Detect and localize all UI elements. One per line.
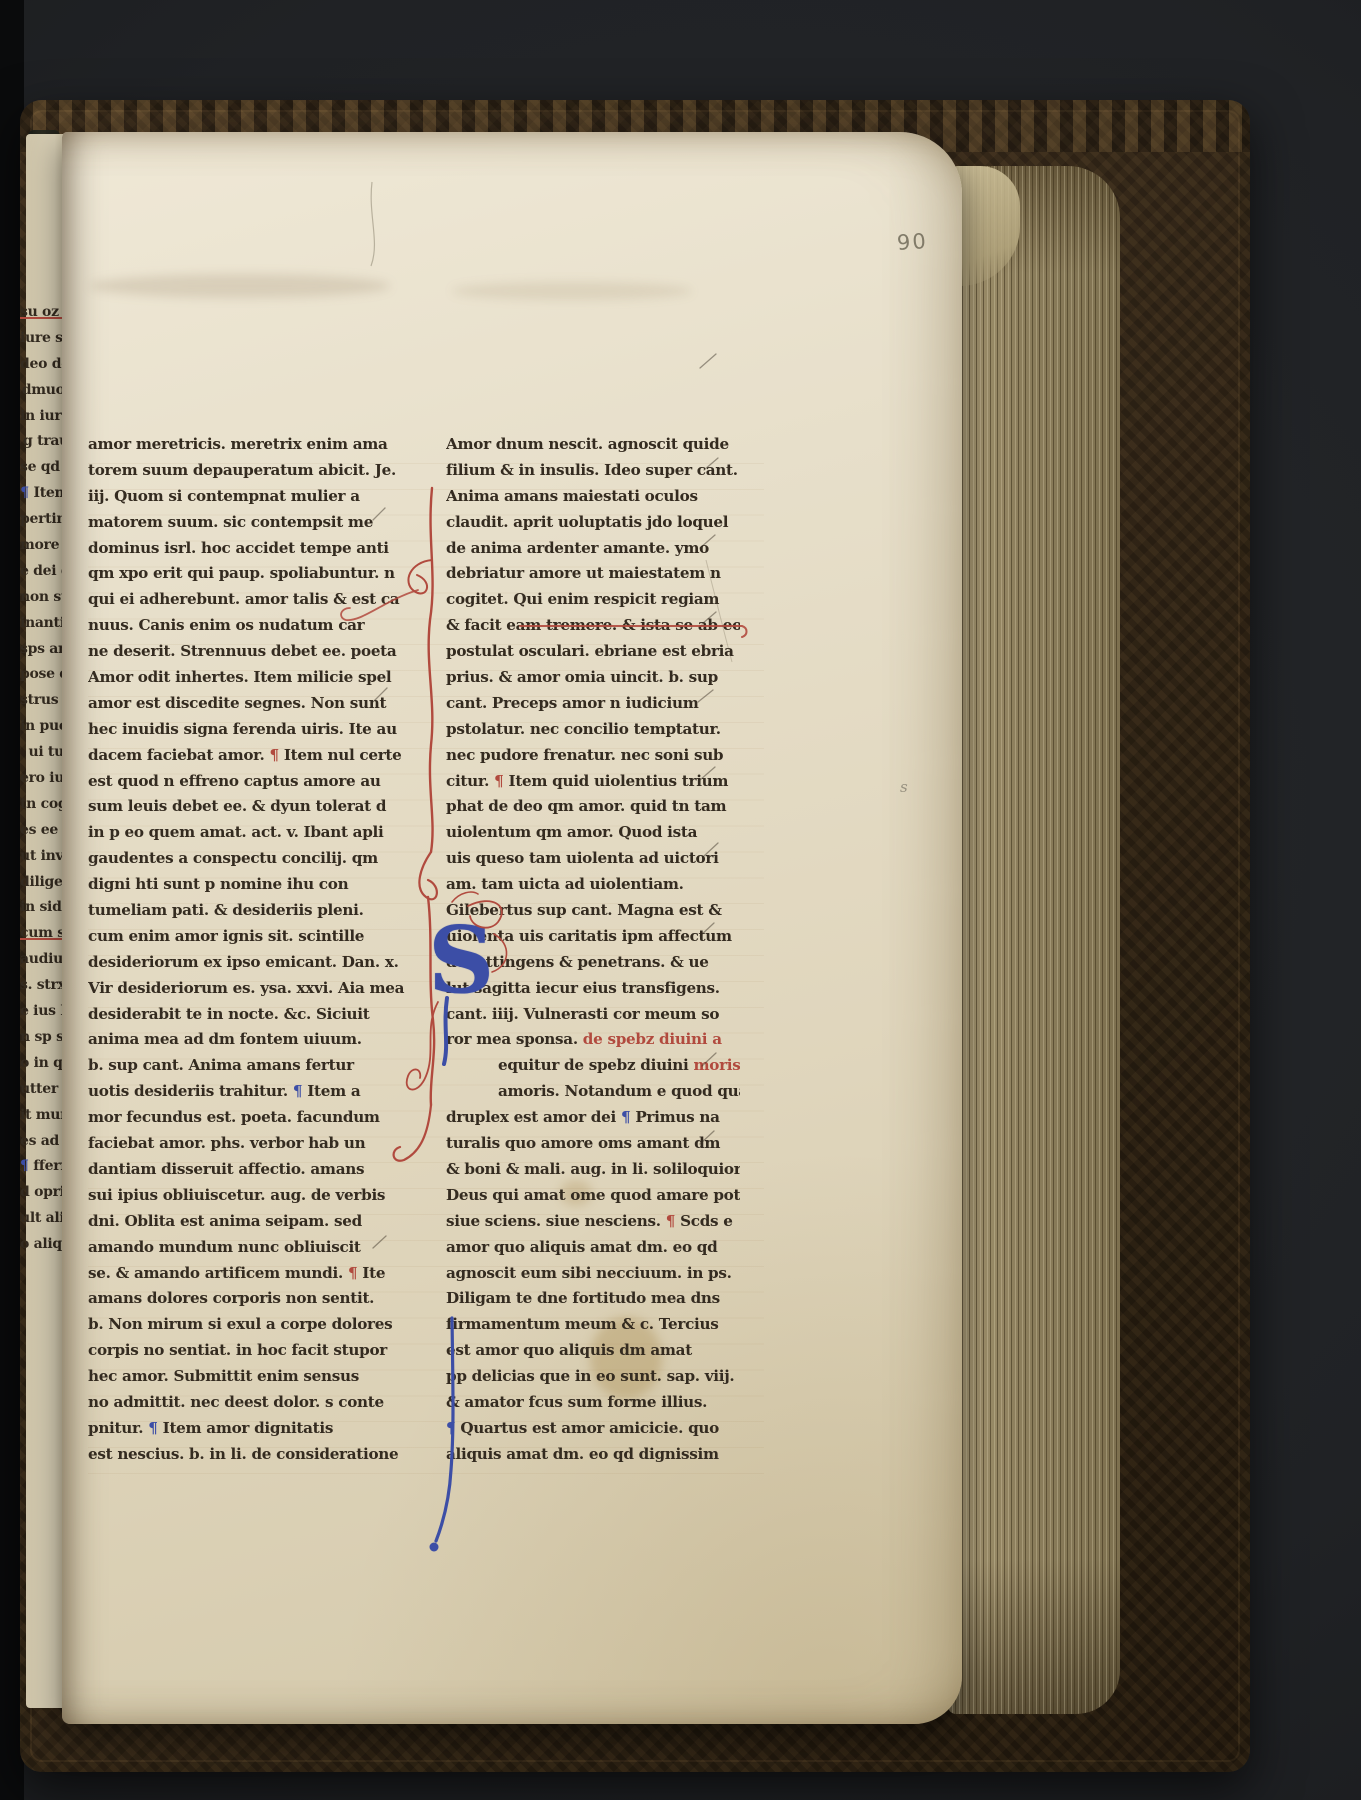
manuscript-text-line: & boni & mali. aug. in li. soliloquior. xyxy=(446,1157,740,1183)
manuscript-text-line: ror mea sponsa. de spebz diuini a xyxy=(446,1027,740,1053)
manuscript-text-line: se. & amando artificem mundi. ¶ Ite xyxy=(88,1261,410,1287)
manuscript-text-line: qui ei adherebunt. amor talis & est ca xyxy=(88,587,410,613)
manuscript-text-line: druplex est amor dei ¶ Primus na xyxy=(446,1105,740,1131)
manuscript-text-line: agnoscit eum sibi necciuum. in ps. xyxy=(446,1261,740,1287)
manuscript-text-line: desiderabit te in nocte. &c. Siciuit xyxy=(88,1002,410,1028)
manuscript-text-line: tumeliam pati. & desideriis pleni. xyxy=(88,898,410,924)
page-stack-striations xyxy=(948,166,1120,1714)
manuscript-text-line: Deus qui amat ome quod amare pot xyxy=(446,1183,740,1209)
fore-edge-page-stack xyxy=(948,166,1120,1714)
show-through-smudge xyxy=(452,282,692,300)
manuscript-text-line: sui ipius obliuiscetur. aug. de verbis xyxy=(88,1183,410,1209)
manuscript-text-line: cum enim amor ignis sit. scintille xyxy=(88,924,410,950)
manuscript-text-line: uis queso tam uiolenta ad uictori xyxy=(446,846,740,872)
manuscript-text-line: corpis no sentiat. in hoc facit stupor xyxy=(88,1338,410,1364)
manuscript-text-line: citur. ¶ Item quid uiolentius trium xyxy=(446,769,740,795)
manuscript-text-line: amoris. Notandum e quod qua xyxy=(446,1079,740,1105)
manuscript-text-line: amor quo aliquis amat dm. eo qd xyxy=(446,1235,740,1261)
manuscript-text-line: am. tam uicta ad uiolentiam. xyxy=(446,872,740,898)
manuscript-text-line: amando mundum nunc obliuiscit xyxy=(88,1235,410,1261)
margin-pencil-mark: s xyxy=(900,778,908,796)
manuscript-text-line: turalis quo amore oms amant dm xyxy=(446,1131,740,1157)
manuscript-text-line: qm xpo erit qui paup. spoliabuntur. n xyxy=(88,561,410,587)
text-column-left: amor meretricis. meretrix enim amatorem … xyxy=(88,432,410,1468)
manuscript-text-line: debriatur amore ut maiestatem n xyxy=(446,561,740,587)
manuscript-text-line: b. Non mirum si exul a corpe dolores xyxy=(88,1312,410,1338)
manuscript-text-line: est nescius. b. in li. de consideratione xyxy=(88,1442,410,1468)
show-through-smudge xyxy=(90,274,390,298)
manuscript-text-line: uotis desideriis trahitur. ¶ Item a xyxy=(88,1079,410,1105)
manuscript-text-line: hec inuidis signa ferenda uiris. Ite au xyxy=(88,717,410,743)
manuscript-text-line: dantiam disseruit affectio. amans xyxy=(88,1157,410,1183)
manuscript-text-line: dominus isrl. hoc accidet tempe anti xyxy=(88,536,410,562)
manuscript-text-line: mor fecundus est. poeta. facundum xyxy=(88,1105,410,1131)
manuscript-text-line: claudit. aprit uoluptatis jdo loquel xyxy=(446,510,740,536)
manuscript-text-line: Vir desideriorum es. ysa. xxvi. Aia mea xyxy=(88,976,410,1002)
manuscript-text-line: sum leuis debet ee. & dyun tolerat d xyxy=(88,794,410,820)
manuscript-text-line: b. sup cant. Anima amans fertur xyxy=(88,1053,410,1079)
manuscript-text-line: no admittit. nec deest dolor. s conte xyxy=(88,1390,410,1416)
manuscript-text-line: de anima ardenter amante. ymo xyxy=(446,536,740,562)
manuscript-text-line: dacem faciebat amor. ¶ Item nul certe xyxy=(88,743,410,769)
manuscript-text-line: cant. Preceps amor n iudicium xyxy=(446,691,740,717)
folio-number: 90 xyxy=(896,229,928,255)
manuscript-text-line: ne deserit. Strennuus debet ee. poeta xyxy=(88,639,410,665)
manuscript-text-line: prius. & amor omia uincit. b. sup xyxy=(446,665,740,691)
manuscript-text-line: & amator fcus sum forme illius. xyxy=(446,1390,740,1416)
manuscript-text-line: ¶ Quartus est amor amicicie. quo xyxy=(446,1416,740,1442)
manuscript-text-line: in p eo quem amat. act. v. Ibant apli xyxy=(88,820,410,846)
manuscript-text-line: amor est discedite segnes. Non sunt xyxy=(88,691,410,717)
manuscript-page: amor meretricis. meretrix enim amatorem … xyxy=(62,132,962,1724)
manuscript-text-line: pp delicias que in eo sunt. sap. viij. xyxy=(446,1364,740,1390)
manuscript-text-line: hec amor. Submittit enim sensus xyxy=(88,1364,410,1390)
manuscript-text-line: aliquis amat dm. eo qd dignissim xyxy=(446,1442,740,1468)
manuscript-text-line: postulat osculari. ebriane est ebria xyxy=(446,639,740,665)
manuscript-text-line: & facit eam tremere. & ista se ab eo xyxy=(446,613,740,639)
manuscript-text-line: amor meretricis. meretrix enim ama xyxy=(88,432,410,458)
manuscript-text-line: est amor quo aliquis dm amat xyxy=(446,1338,740,1364)
manuscript-text-line: Diligam te dne fortitudo mea dns xyxy=(446,1286,740,1312)
manuscript-text-line: phat de deo qm amor. quid tn tam xyxy=(446,794,740,820)
manuscript-text-line: cogitet. Qui enim respicit regiam xyxy=(446,587,740,613)
manuscript-text-line: pnitur. ¶ Item amor dignitatis xyxy=(88,1416,410,1442)
manuscript-text-line: pstolatur. nec concilio temptatur. xyxy=(446,717,740,743)
manuscript-text-line: iij. Quom si contempnat mulier a xyxy=(88,484,410,510)
manuscript-text-line: Amor dnum nescit. agnoscit quide xyxy=(446,432,740,458)
manuscript-text-line: torem suum depauperatum abicit. Je. xyxy=(88,458,410,484)
manuscript-text-line: nec pudore frenatur. nec soni sub xyxy=(446,743,740,769)
manuscript-text-line: desideriorum ex ipso emicant. Dan. x. xyxy=(88,950,410,976)
manuscript-text-line: Amor odit inhertes. Item milicie spel xyxy=(88,665,410,691)
manuscript-text-line: dni. Oblita est anima seipam. sed xyxy=(88,1209,410,1235)
manuscript-text-line: est quod n effreno captus amore au xyxy=(88,769,410,795)
manuscript-text-line: firmamentum meum & c. Tercius xyxy=(446,1312,740,1338)
manuscript-text-line: digni hti sunt p nomine ihu con xyxy=(88,872,410,898)
manuscript-text-line: siue sciens. siue nesciens. ¶ Scds e xyxy=(446,1209,740,1235)
manuscript-text-line: faciebat amor. phs. verbor hab un xyxy=(88,1131,410,1157)
manuscript-text-line: matorem suum. sic contempsit me xyxy=(88,510,410,536)
manuscript-photo-scene: su oz aliure seudeo despodmuo.in iureg t… xyxy=(0,0,1361,1800)
manuscript-text-line: equitur de spebz diuini moris xyxy=(446,1053,740,1079)
manuscript-text-line: gaudentes a conspectu concilij. qm xyxy=(88,846,410,872)
manuscript-text-line: nuus. Canis enim os nudatum car xyxy=(88,613,410,639)
manuscript-text-line: uiolentum qm amor. Quod ista xyxy=(446,820,740,846)
illuminated-initial-S: S xyxy=(428,910,494,1030)
manuscript-text-line: Anima amans maiestati oculos xyxy=(446,484,740,510)
manuscript-text-line: amans dolores corporis non sentit. xyxy=(88,1286,410,1312)
manuscript-text-line: anima mea ad dm fontem uiuum. xyxy=(88,1027,410,1053)
manuscript-text-line: filium & in insulis. Ideo super cant. xyxy=(446,458,740,484)
